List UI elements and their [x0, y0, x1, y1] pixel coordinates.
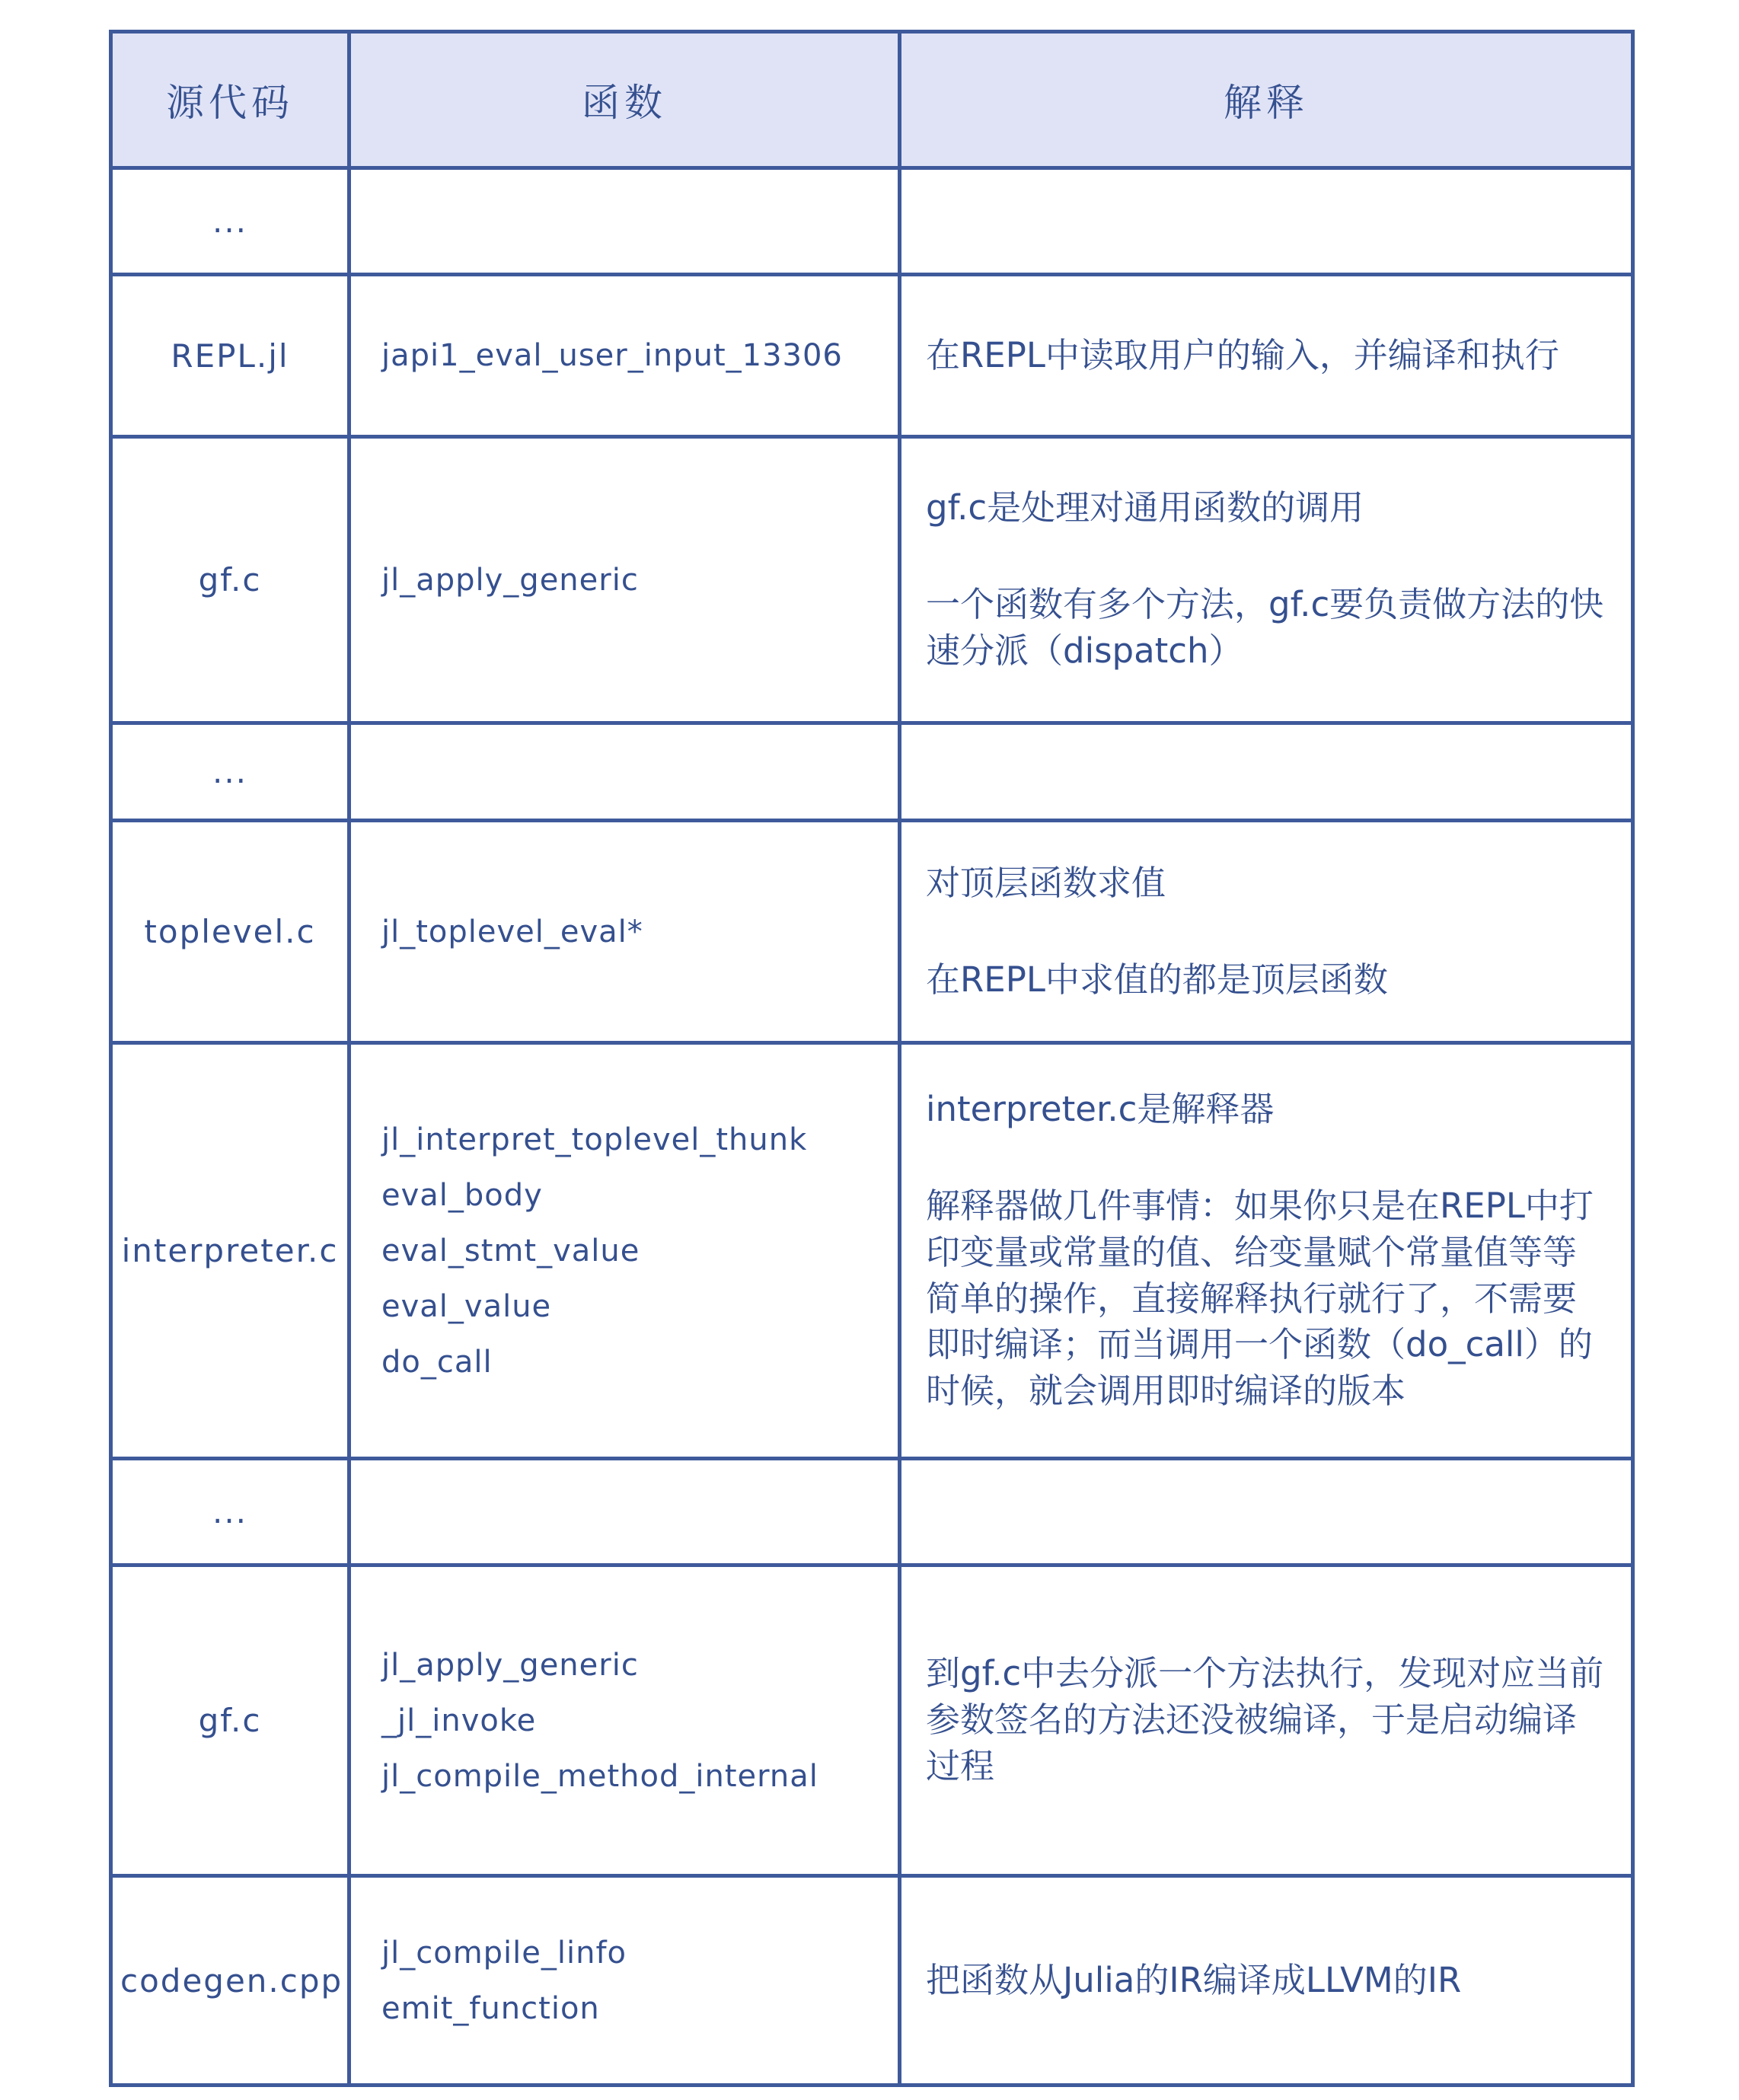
- function-name: jl_interpret_toplevel_thunk: [381, 1119, 878, 1161]
- functions-cell: jl_toplevel_eval*: [349, 821, 900, 1043]
- table-row: gf.c jl_apply_generic_jl_invokejl_compil…: [111, 1565, 1633, 1876]
- column-header-source: 源代码: [111, 32, 349, 168]
- table-row: ...: [111, 723, 1633, 821]
- source-file-cell: REPL.jl: [111, 275, 349, 437]
- explanation-cell: 对顶层函数求值在REPL中求值的都是顶层函数: [900, 821, 1633, 1043]
- explanation-cell: 到gf.c中去分派一个方法执行，发现对应当前参数签名的方法还没被编译，于是启动编…: [900, 1565, 1633, 1876]
- explanation-paragraph: 解释器做几件事情：如果你只是在REPL中打印变量或常量的值、给变量赋个常量值等等…: [926, 1183, 1605, 1415]
- table-row: ...: [111, 168, 1633, 275]
- explanation-cell: [900, 168, 1633, 275]
- function-name: jl_apply_generic: [381, 1644, 878, 1687]
- functions-cell: jl_apply_generic_jl_invokejl_compile_met…: [349, 1565, 900, 1876]
- source-file-cell: ...: [111, 168, 349, 275]
- column-header-function: 函数: [349, 32, 900, 168]
- function-name: jl_compile_linfo: [381, 1932, 878, 1974]
- functions-cell: jl_compile_linfoemit_function: [349, 1876, 900, 2086]
- function-name: _jl_invoke: [381, 1699, 878, 1742]
- function-name: eval_body: [381, 1174, 878, 1217]
- explanation-paragraph: 对顶层函数求值: [926, 860, 1605, 907]
- function-name: eval_value: [381, 1285, 878, 1328]
- page: 源代码 函数 解释 ... REPL.jl japi1_eval_user_in…: [0, 0, 1739, 2100]
- function-name: eval_stmt_value: [381, 1230, 878, 1272]
- source-file-cell: codegen.cpp: [111, 1876, 349, 2086]
- function-name: do_call: [381, 1341, 878, 1384]
- explanation-cell: interpreter.c是解释器解释器做几件事情：如果你只是在REPL中打印变…: [900, 1043, 1633, 1459]
- source-function-table: 源代码 函数 解释 ... REPL.jl japi1_eval_user_in…: [109, 30, 1635, 2087]
- table-row: gf.c jl_apply_generic gf.c是处理对通用函数的调用一个函…: [111, 437, 1633, 723]
- functions-cell: jl_apply_generic: [349, 437, 900, 723]
- explanation-paragraph: gf.c是处理对通用函数的调用: [926, 485, 1605, 531]
- column-header-explanation: 解释: [900, 32, 1633, 168]
- function-name: jl_apply_generic: [381, 559, 878, 602]
- explanation-cell: gf.c是处理对通用函数的调用一个函数有多个方法，gf.c要负责做方法的快速分派…: [900, 437, 1633, 723]
- function-name: jl_compile_method_internal: [381, 1755, 878, 1798]
- functions-cell: jl_interpret_toplevel_thunkeval_bodyeval…: [349, 1043, 900, 1459]
- explanation-paragraph: 到gf.c中去分派一个方法执行，发现对应当前参数签名的方法还没被编译，于是启动编…: [926, 1651, 1605, 1789]
- function-name: jl_toplevel_eval*: [381, 911, 878, 953]
- explanation-cell: 在REPL中读取用户的输入，并编译和执行: [900, 275, 1633, 437]
- function-name: japi1_eval_user_input_13306: [381, 334, 878, 377]
- explanation-cell: [900, 1459, 1633, 1565]
- functions-cell: [349, 168, 900, 275]
- explanation-paragraph: 一个函数有多个方法，gf.c要负责做方法的快速分派（dispatch）: [926, 582, 1605, 675]
- source-file-cell: gf.c: [111, 1565, 349, 1876]
- functions-cell: [349, 1459, 900, 1565]
- source-file-cell: ...: [111, 723, 349, 821]
- source-file-cell: gf.c: [111, 437, 349, 723]
- source-file-cell: toplevel.c: [111, 821, 349, 1043]
- table-row: toplevel.c jl_toplevel_eval* 对顶层函数求值在REP…: [111, 821, 1633, 1043]
- explanation-paragraph: 在REPL中读取用户的输入，并编译和执行: [926, 333, 1605, 379]
- explanation-paragraph: 在REPL中求值的都是顶层函数: [926, 957, 1605, 1004]
- source-file-cell: ...: [111, 1459, 349, 1565]
- function-name: emit_function: [381, 1987, 878, 2030]
- table-row: interpreter.c jl_interpret_toplevel_thun…: [111, 1043, 1633, 1459]
- functions-cell: [349, 723, 900, 821]
- table-row: ...: [111, 1459, 1633, 1565]
- source-file-cell: interpreter.c: [111, 1043, 349, 1459]
- functions-cell: japi1_eval_user_input_13306: [349, 275, 900, 437]
- table-row: codegen.cpp jl_compile_linfoemit_functio…: [111, 1876, 1633, 2086]
- explanation-cell: 把函数从Julia的IR编译成LLVM的IR: [900, 1876, 1633, 2086]
- explanation-cell: [900, 723, 1633, 821]
- explanation-paragraph: 把函数从Julia的IR编译成LLVM的IR: [926, 1958, 1605, 2004]
- table-row: REPL.jl japi1_eval_user_input_13306 在REP…: [111, 275, 1633, 437]
- explanation-paragraph: interpreter.c是解释器: [926, 1087, 1605, 1133]
- table-header-row: 源代码 函数 解释: [111, 32, 1633, 168]
- table-body: ... REPL.jl japi1_eval_user_input_13306 …: [111, 168, 1633, 2086]
